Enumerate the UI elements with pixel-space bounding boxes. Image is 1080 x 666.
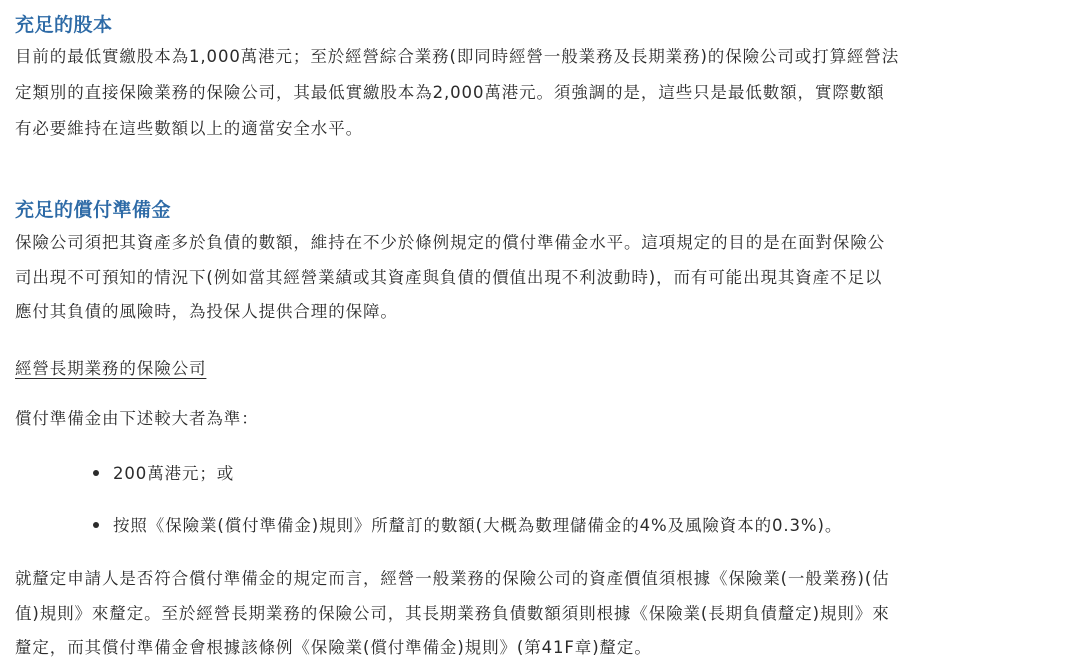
paragraph-line: 有必要維持在這些數額以上的適當安全水平。 xyxy=(15,115,363,139)
paragraph-line: 應付其負債的風險時，為投保人提供合理的保障。 xyxy=(15,298,398,322)
paragraph-line: 定類別的直接保險業務的保險公司，其最低實繳股本為2,000萬港元。須強調的是，這… xyxy=(15,79,885,103)
bullet-text: 200萬港元；或 xyxy=(113,464,234,483)
bullet-list-item: 按照《保險業(償付準備金)規則》所釐訂的數額(大概為數理儲備金的4%及風險資本的… xyxy=(93,512,842,536)
bullet-text: 按照《保險業(償付準備金)規則》所釐訂的數額(大概為數理儲備金的4%及風險資本的… xyxy=(113,516,842,535)
section-heading-solvency-margin: 充足的償付準備金 xyxy=(15,195,171,222)
section-heading-share-capital: 充足的股本 xyxy=(15,10,113,37)
paragraph-line: 目前的最低實繳股本為1,000萬港元；至於經營綜合業務(即同時經營一般業務及長期… xyxy=(15,43,899,67)
intro-line: 償付準備金由下述較大者為準： xyxy=(15,405,259,429)
paragraph-line: 值)規則》來釐定。至於經營長期業務的保險公司，其長期業務負債數額須則根據《保險業… xyxy=(15,600,890,624)
paragraph-line: 釐定，而其償付準備金會根據該條例《保險業(償付準備金)規則》(第41F章)釐定。 xyxy=(15,634,652,658)
subheading-long-term-business: 經營長期業務的保險公司 xyxy=(15,355,206,379)
bullet-dot-icon xyxy=(93,470,99,476)
bullet-list-item: 200萬港元；或 xyxy=(93,460,234,484)
paragraph-line: 就釐定申請人是否符合償付準備金的規定而言，經營一般業務的保險公司的資產價值須根據… xyxy=(15,565,890,589)
paragraph-line: 保險公司須把其資產多於負債的數額，維持在不少於條例規定的償付準備金水平。這項規定… xyxy=(15,229,885,253)
bullet-dot-icon xyxy=(93,522,99,528)
paragraph-line: 司出現不可預知的情況下(例如當其經營業績或其資產與負債的價值出現不利波動時)，而… xyxy=(15,264,882,288)
